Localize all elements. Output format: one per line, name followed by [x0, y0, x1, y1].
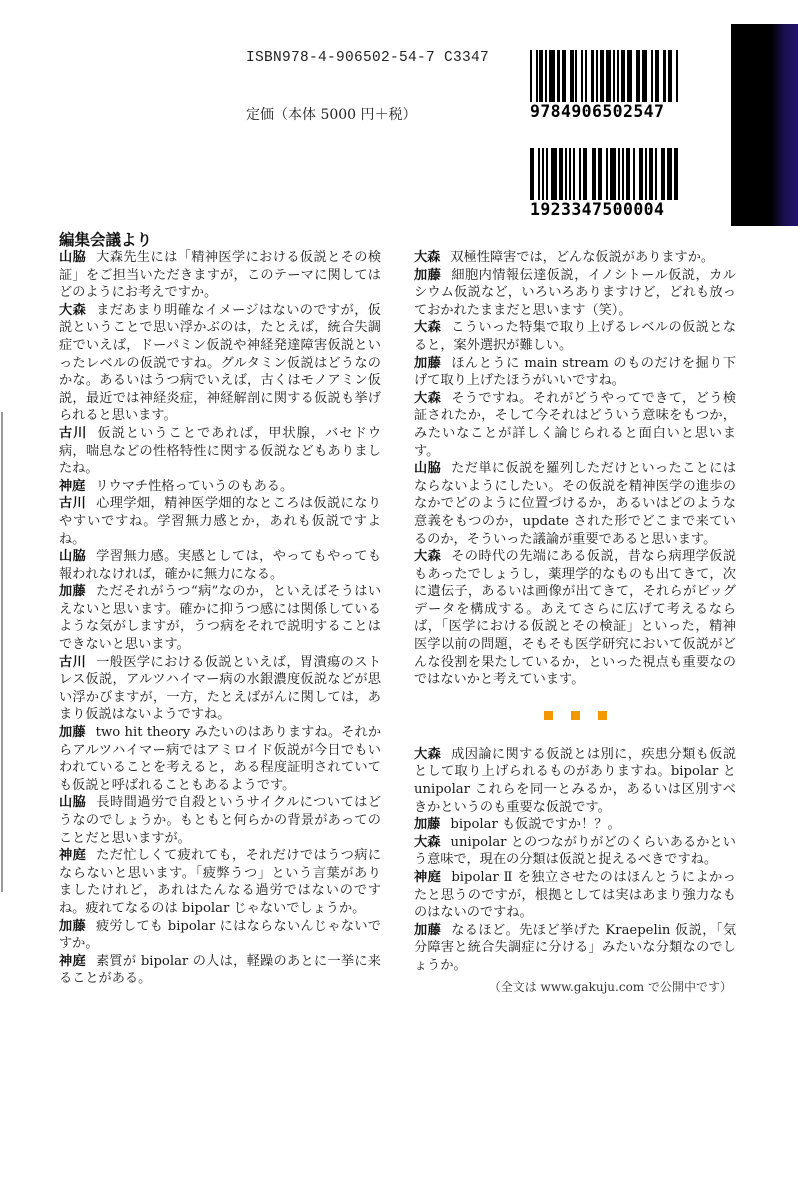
utterance-text: なるほど。先ほど挙げた Kraepelin 仮説，「気分障害と統合失調症に分ける…: [414, 923, 736, 973]
utterance-text: 長時間過労で自殺というサイクルについてはどうなのでしょうか。もともと何らかの背景…: [59, 795, 381, 845]
utterance: 加藤ほんとうに main stream のものだけを掘り下げて取り上げたほうがい…: [414, 355, 736, 390]
speaker-name: 神庭: [59, 848, 86, 863]
utterance: 山脇学習無力感。実感としては，やってもやっても報われなければ，確かに無力になる。: [59, 548, 381, 583]
right-column: 大森双極性障害では，どんな仮説がありますか。加藤細胞内情報伝達仮説，イノシトール…: [414, 249, 736, 996]
utterance-text: 学習無力感。実感としては，やってもやっても報われなければ，確かに無力になる。: [59, 549, 381, 582]
barcode-digits: 1923347500004: [530, 201, 680, 219]
utterance: 加藤ただそれがうつ“病”なのか，といえばそうはいえないと思います。確かに抑うつ感…: [59, 583, 381, 653]
speaker-name: 大森: [414, 250, 440, 265]
utterance: 大森そうですね。それがどうやってできて，どう検証されたか，そして今それはどういう…: [414, 390, 736, 460]
utterance-text: 仮説ということであれば，甲状腺，バセドウ病，喘息などの性格特性に関する仮説なども…: [59, 426, 381, 476]
utterance-text: リウマチ性格っていうのもある。: [95, 479, 293, 494]
section-separator: [414, 711, 736, 720]
utterance-text: 素質が bipolar の人は，軽躁のあとに一挙に来ることがある。: [59, 954, 381, 987]
speaker-name: 神庭: [59, 954, 86, 969]
utterance-text: ただそれがうつ“病”なのか，といえばそうはいえないと思います。確かに抑うつ感には…: [59, 584, 381, 652]
utterance-text: ただ単に仮説を羅列しただけといったことにはならないようにしたい。その仮説を精神医…: [414, 461, 736, 546]
square-ornament-icon: [598, 711, 607, 720]
speaker-name: 加藤: [414, 817, 440, 832]
speaker-name: 大森: [414, 549, 441, 564]
utterance: 古川心理学畑，精神医学畑的なところは仮説になりやすいですね。学習無力感とか，あれ…: [59, 495, 381, 548]
utterance: 神庭ただ忙しくて疲れても，それだけではうつ病にならないと思います。「疲弊うつ」と…: [59, 847, 381, 917]
utterance-text: ほんとうに main stream のものだけを掘り下げて取り上げたほうがいいで…: [414, 356, 736, 389]
utterance: 大森まだあまり明確なイメージはないのですが，仮説ということで思い浮かぶのは，たと…: [59, 302, 381, 425]
barcode-digits: 9784906502547: [530, 103, 680, 121]
speaker-name: 古川: [59, 655, 86, 670]
utterance: 山脇長時間過労で自殺というサイクルについてはどうなのでしょうか。もともと何らかの…: [59, 794, 381, 847]
speaker-name: 加藤: [414, 268, 441, 283]
utterance-text: bipolar も仮説ですか！？。: [450, 817, 620, 832]
speaker-name: 大森: [414, 747, 441, 762]
utterance-text: こういった特集で取り上げるレベルの仮説となると，案外選択が難しい。: [414, 320, 736, 353]
utterance: 神庭リウマチ性格っていうのもある。: [59, 478, 381, 496]
spine-color-band: [731, 24, 798, 226]
left-column: 山脇大森先生には「精神医学における仮説とその検証」をご担当いただきますが，このテ…: [59, 249, 381, 988]
isbn-code: ISBN978-4-906502-54-7 C3347: [246, 50, 489, 66]
utterance: 大森その時代の先端にある仮説，昔なら病理学仮説もあったでしょうし，薬理学的なもの…: [414, 548, 736, 689]
utterance: 神庭素質が bipolar の人は，軽躁のあとに一挙に来ることがある。: [59, 953, 381, 988]
discussion-block-1: 大森双極性障害では，どんな仮説がありますか。加藤細胞内情報伝達仮説，イノシトール…: [414, 249, 736, 689]
speaker-name: 山脇: [414, 461, 441, 476]
utterance: 加藤細胞内情報伝達仮説，イノシトール仮説，カルシウム仮説など，いろいろありますけ…: [414, 267, 736, 320]
speaker-name: 加藤: [59, 584, 86, 599]
speaker-name: 神庭: [59, 479, 85, 494]
utterance: 大森双極性障害では，どんな仮説がありますか。: [414, 249, 736, 267]
utterance-text: 細胞内情報伝達仮説，イノシトール仮説，カルシウム仮説など，いろいろありますけど，…: [414, 268, 736, 318]
speaker-name: 神庭: [414, 870, 441, 885]
isbn-barcode: 9784906502547: [530, 50, 680, 121]
utterance: 古川一般医学における仮説といえば，胃潰瘍のストレス仮説，アルツハイマー病の水銀濃…: [59, 654, 381, 724]
utterance: 加藤なるほど。先ほど挙げた Kraepelin 仮説，「気分障害と統合失調症に分…: [414, 922, 736, 975]
price-label: 定価（本体 5000 円＋税）: [246, 104, 417, 124]
utterance-text: そうですね。それがどうやってできて，どう検証されたか，そして今それはどういう意味…: [414, 391, 736, 459]
utterance: 加藤two hit theory みたいのはありますね。それからアルツハイマー病…: [59, 724, 381, 794]
utterance-text: 双極性障害では，どんな仮説がありますか。: [450, 250, 714, 265]
speaker-name: 大森: [414, 320, 441, 335]
speaker-name: 加藤: [59, 725, 86, 740]
utterance-text: bipolar Ⅱ を独立させたのはほんとうによかったと思うのですが，根拠として…: [414, 870, 736, 920]
utterance-text: 一般医学における仮説といえば，胃潰瘍のストレス仮説，アルツハイマー病の水銀濃度仮…: [59, 655, 381, 723]
speaker-name: 古川: [59, 496, 86, 511]
utterance-text: two hit theory みたいのはありますね。それからアルツハイマー病では…: [59, 725, 381, 793]
speaker-name: 大森: [414, 391, 441, 406]
barcode-bars-icon: [530, 50, 680, 102]
utterance-text: 疲労しても bipolar にはならないんじゃないですか。: [59, 919, 381, 952]
speaker-name: 加藤: [59, 919, 86, 934]
utterance: 大森成因論に関する仮説とは別に，疾患分類も仮説として取り上げられるものがあります…: [414, 746, 736, 816]
margin-rule: [1, 412, 3, 892]
speaker-name: 山脇: [59, 795, 86, 810]
utterance: 加藤bipolar も仮説ですか！？。: [414, 816, 736, 834]
utterance: 加藤疲労しても bipolar にはならないんじゃないですか。: [59, 918, 381, 953]
utterance-text: 心理学畑，精神医学畑的なところは仮説になりやすいですね。学習無力感とか，あれも仮…: [59, 496, 381, 546]
utterance-text: 成因論に関する仮説とは別に，疾患分類も仮説として取り上げられるものがありますね。…: [414, 747, 736, 815]
square-ornament-icon: [571, 711, 580, 720]
speaker-name: 大森: [59, 303, 86, 318]
utterance: 大森こういった特集で取り上げるレベルの仮説となると，案外選択が難しい。: [414, 319, 736, 354]
utterance-text: ただ忙しくて疲れても，それだけではうつ病にならないと思います。「疲弊うつ」という…: [59, 848, 381, 916]
speaker-name: 山脇: [59, 549, 86, 564]
utterance-text: まだあまり明確なイメージはないのですが，仮説ということで思い浮かぶのは，たとえば…: [59, 303, 381, 424]
speaker-name: 加藤: [414, 923, 441, 938]
utterance: 山脇ただ単に仮説を羅列しただけといったことにはならないようにしたい。その仮説を精…: [414, 460, 736, 548]
section-title: 編集会議より: [59, 228, 152, 250]
utterance-text: その時代の先端にある仮説，昔なら病理学仮説もあったでしょうし，薬理学的なものも出…: [414, 549, 736, 687]
price-barcode: 1923347500004: [530, 148, 680, 219]
utterance: 古川仮説ということであれば，甲状腺，バセドウ病，喘息などの性格特性に関する仮説な…: [59, 425, 381, 478]
discussion-block-2: 大森成因論に関する仮説とは別に，疾患分類も仮説として取り上げられるものがあります…: [414, 746, 736, 975]
utterance: 神庭bipolar Ⅱ を独立させたのはほんとうによかったと思うのですが，根拠と…: [414, 869, 736, 922]
full-text-note: （全文は www.gakuju.com で公開中です）: [414, 979, 736, 997]
utterance-text: unipolar とのつながりがどのくらいあるかという意味で，現在の分類は仮説と…: [414, 835, 736, 868]
utterance: 大森unipolar とのつながりがどのくらいあるかという意味で，現在の分類は仮…: [414, 834, 736, 869]
speaker-name: 大森: [414, 835, 441, 850]
speaker-name: 古川: [59, 426, 87, 441]
square-ornament-icon: [544, 711, 553, 720]
barcode-bars-icon: [530, 148, 680, 200]
speaker-name: 加藤: [414, 356, 441, 371]
speaker-name: 山脇: [59, 250, 86, 265]
utterance-text: 大森先生には「精神医学における仮説とその検証」をご担当いただきますが，このテーマ…: [59, 250, 381, 300]
utterance: 山脇大森先生には「精神医学における仮説とその検証」をご担当いただきますが，このテ…: [59, 249, 381, 302]
